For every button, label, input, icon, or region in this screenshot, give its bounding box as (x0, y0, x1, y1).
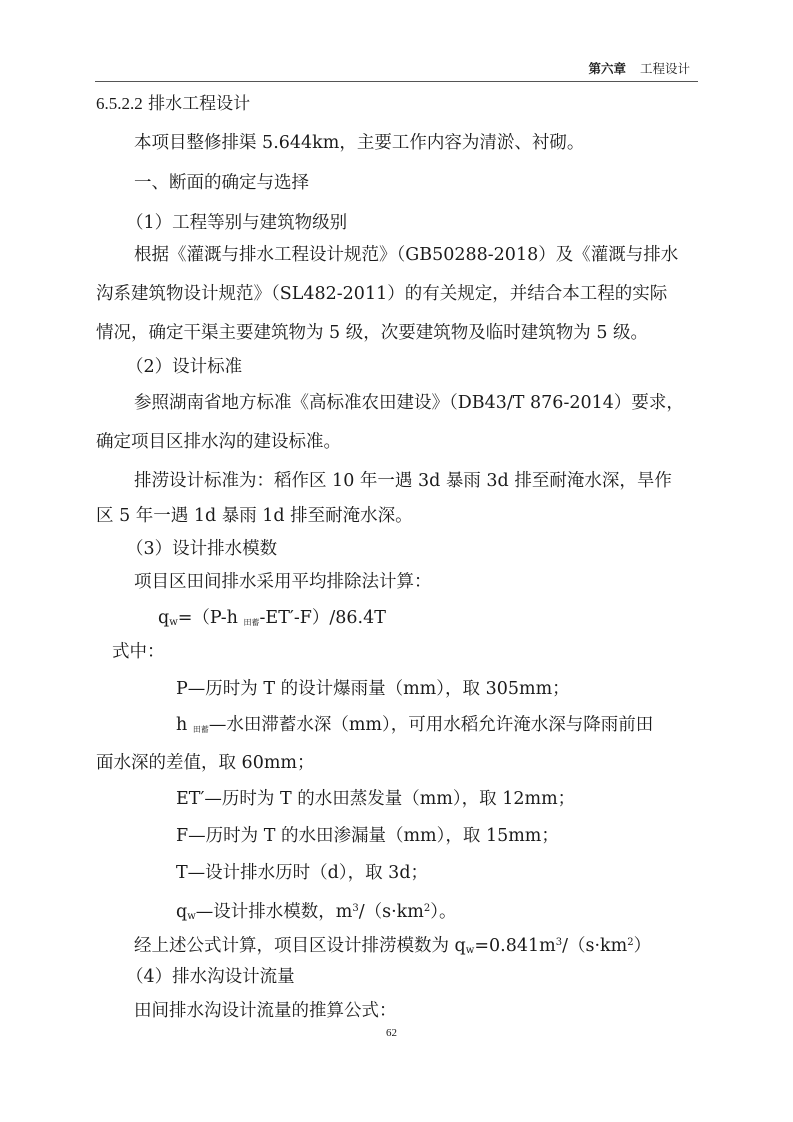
var-h: h 田蓄—水田滞蓄水深（mm），可用水稻允许淹水深与降雨前田 (176, 714, 653, 741)
section-title: 排水工程设计 (148, 94, 250, 114)
sub1-line3: 情况，确定干渠主要建筑物为 5 级，次要建筑物及临时建筑物为 5 级。 (96, 322, 648, 344)
sub3-line1: 项目区田间排水采用平均排除法计算： (134, 571, 432, 593)
page-number: 62 (386, 1027, 397, 1039)
var-T: T—设计排水历时（d），取 3d； (176, 862, 428, 884)
var-F: F—历时为 T 的水田渗漏量（mm），取 15mm； (176, 825, 559, 847)
sub1-line2: 沟系建筑物设计规范》（SL482-2011）的有关规定，并结合本工程的实际 (96, 283, 667, 305)
paragraph-intro: 本项目整修排渠 5.644km，主要工作内容为清淤、衬砌。 (134, 132, 584, 154)
section-number: 6.5.2.2 (96, 94, 143, 113)
formula: qw=（P-h 田蓄-ET′-F）/86.4T (158, 607, 386, 634)
var-P: P—历时为 T 的设计爆雨量（mm），取 305mm； (176, 678, 570, 700)
sub4-line1: 田间排水沟设计流量的推算公式： (134, 1000, 397, 1022)
sub2-line1: 参照湖南省地方标准《高标准农田建设》（DB43/T 876-2014）要求， (134, 392, 684, 414)
result-line: 经上述公式计算，项目区设计排涝模数为 qw=0.841m3/（s·km2） (134, 932, 651, 962)
header-title: 工程设计 (640, 61, 690, 76)
var-ET: ET′—历时为 T 的水田蒸发量（mm），取 12mm； (176, 788, 575, 810)
header-rule (95, 81, 698, 82)
sub2-line4: 区 5 年一遇 1d 暴雨 1d 排至耐淹水深。 (96, 505, 413, 527)
header-text: 第六章工程设计 (588, 59, 690, 77)
var-h-cont: 面水深的差值，取 60mm； (96, 752, 315, 774)
part1-title: 一、断面的确定与选择 (134, 172, 309, 194)
sub1-title: （1）工程等别与建筑物级别 (126, 212, 347, 234)
sub3-title: （3）设计排水模数 (126, 538, 277, 560)
var-q: qw—设计排水模数，m3/（s·km2）。 (176, 898, 457, 928)
page-header: 第六章工程设计 (95, 57, 698, 81)
section-heading: 6.5.2.2 排水工程设计 (96, 93, 250, 115)
sub4-title: （4）排水沟设计流量 (126, 966, 295, 988)
sub2-title: （2）设计标准 (126, 356, 242, 378)
sub2-line3: 排涝设计标准为：稻作区 10 年一遇 3d 暴雨 3d 排至耐淹水深，旱作 (134, 470, 672, 492)
header-chapter: 第六章 (588, 61, 626, 76)
sub1-line1: 根据《灌溉与排水工程设计规范》（GB50288-2018）及《灌溉与排水 (134, 244, 678, 266)
where-label: 式中： (112, 641, 165, 663)
sub2-line2: 确定项目区排水沟的建设标准。 (96, 431, 341, 453)
